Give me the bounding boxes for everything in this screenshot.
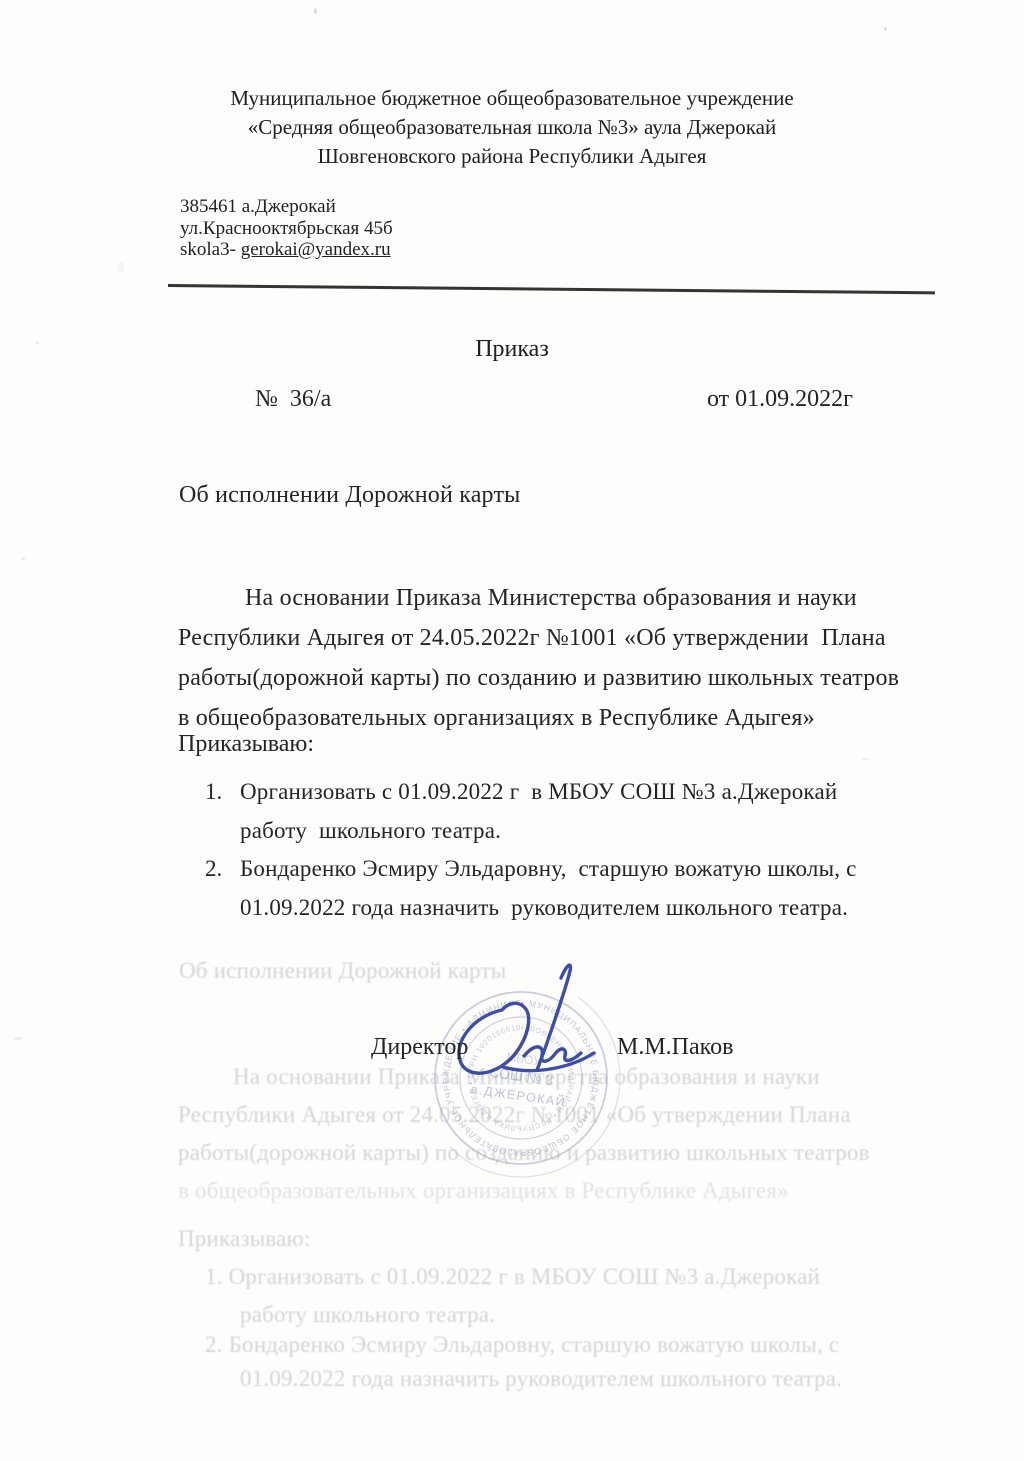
postal-address: 385461 а.Джерокай: [180, 196, 393, 218]
org-name-line1: Муниципальное бюджетное общеобразователь…: [0, 84, 1024, 113]
ghost-line: 2. Бондаренко Эсмиру Эльдаровну, старшую…: [205, 1332, 839, 1358]
signature-name: М.М.Паков: [617, 1034, 733, 1061]
email-line: skola3- gerokai@yandex.ru: [180, 239, 393, 261]
order-item-text: Организовать с 01.09.2022 г в МБОУ СОШ №…: [240, 773, 837, 850]
paper-speck: [118, 262, 124, 272]
paper-speck: [884, 27, 887, 31]
org-name-line3: Шовгеновского района Республики Адыгея: [0, 142, 1024, 171]
signature-loop: [459, 1003, 529, 1073]
separator-line: [168, 284, 935, 294]
organization-header: Муниципальное бюджетное общеобразователь…: [0, 84, 1024, 171]
order-title: Приказ: [0, 336, 1024, 363]
paper-speck: [36, 341, 39, 344]
org-name-line2: «Средняя общеобразовательная школа №3» а…: [0, 113, 1024, 142]
order-items-list: 1. Организовать с 01.09.2022 г в МБОУ СО…: [205, 773, 925, 927]
scanned-order-document: Об исполнении Дорожной карты На основани…: [0, 0, 1024, 1461]
order-item: 1. Организовать с 01.09.2022 г в МБОУ СО…: [205, 773, 925, 850]
order-item: 2. Бондаренко Эсмиру Эльдаровну, старшую…: [205, 850, 925, 927]
paper-speck: [314, 8, 317, 14]
order-item-number: 1.: [205, 773, 240, 812]
ghost-line: 01.09.2022 года назначить руководителем …: [240, 1366, 842, 1392]
order-date: от 01.09.2022г: [707, 386, 853, 413]
signature-role-label: Директор: [371, 1034, 468, 1061]
director-signature-ink: [440, 958, 620, 1108]
paper-speck: [862, 758, 869, 760]
order-directive: Приказываю:: [178, 731, 314, 758]
order-item-text: Бондаренко Эсмиру Эльдаровну, старшую во…: [240, 850, 857, 927]
paper-speck: [14, 1037, 22, 1040]
signature-squiggle: [524, 1047, 581, 1061]
ghost-line: Приказываю:: [178, 1226, 311, 1252]
order-preamble: На основании Приказа Министерства образо…: [178, 578, 924, 738]
email-prefix: skola3-: [180, 239, 241, 260]
street-address: ул.Краснооктябрьская 45б: [180, 218, 393, 240]
ghost-line: 1. Организовать с 01.09.2022 г в МБОУ СО…: [205, 1264, 820, 1290]
order-subject: Об исполнении Дорожной карты: [179, 482, 520, 509]
contact-block: 385461 а.Джерокай ул.Краснооктябрьская 4…: [180, 196, 393, 261]
order-item-number: 2.: [205, 850, 240, 889]
ghost-line: работу школьного театра.: [240, 1302, 495, 1328]
email-address: gerokai@yandex.ru: [241, 239, 391, 260]
order-number: № 36/а: [255, 386, 331, 413]
paper-speck: [22, 557, 25, 560]
